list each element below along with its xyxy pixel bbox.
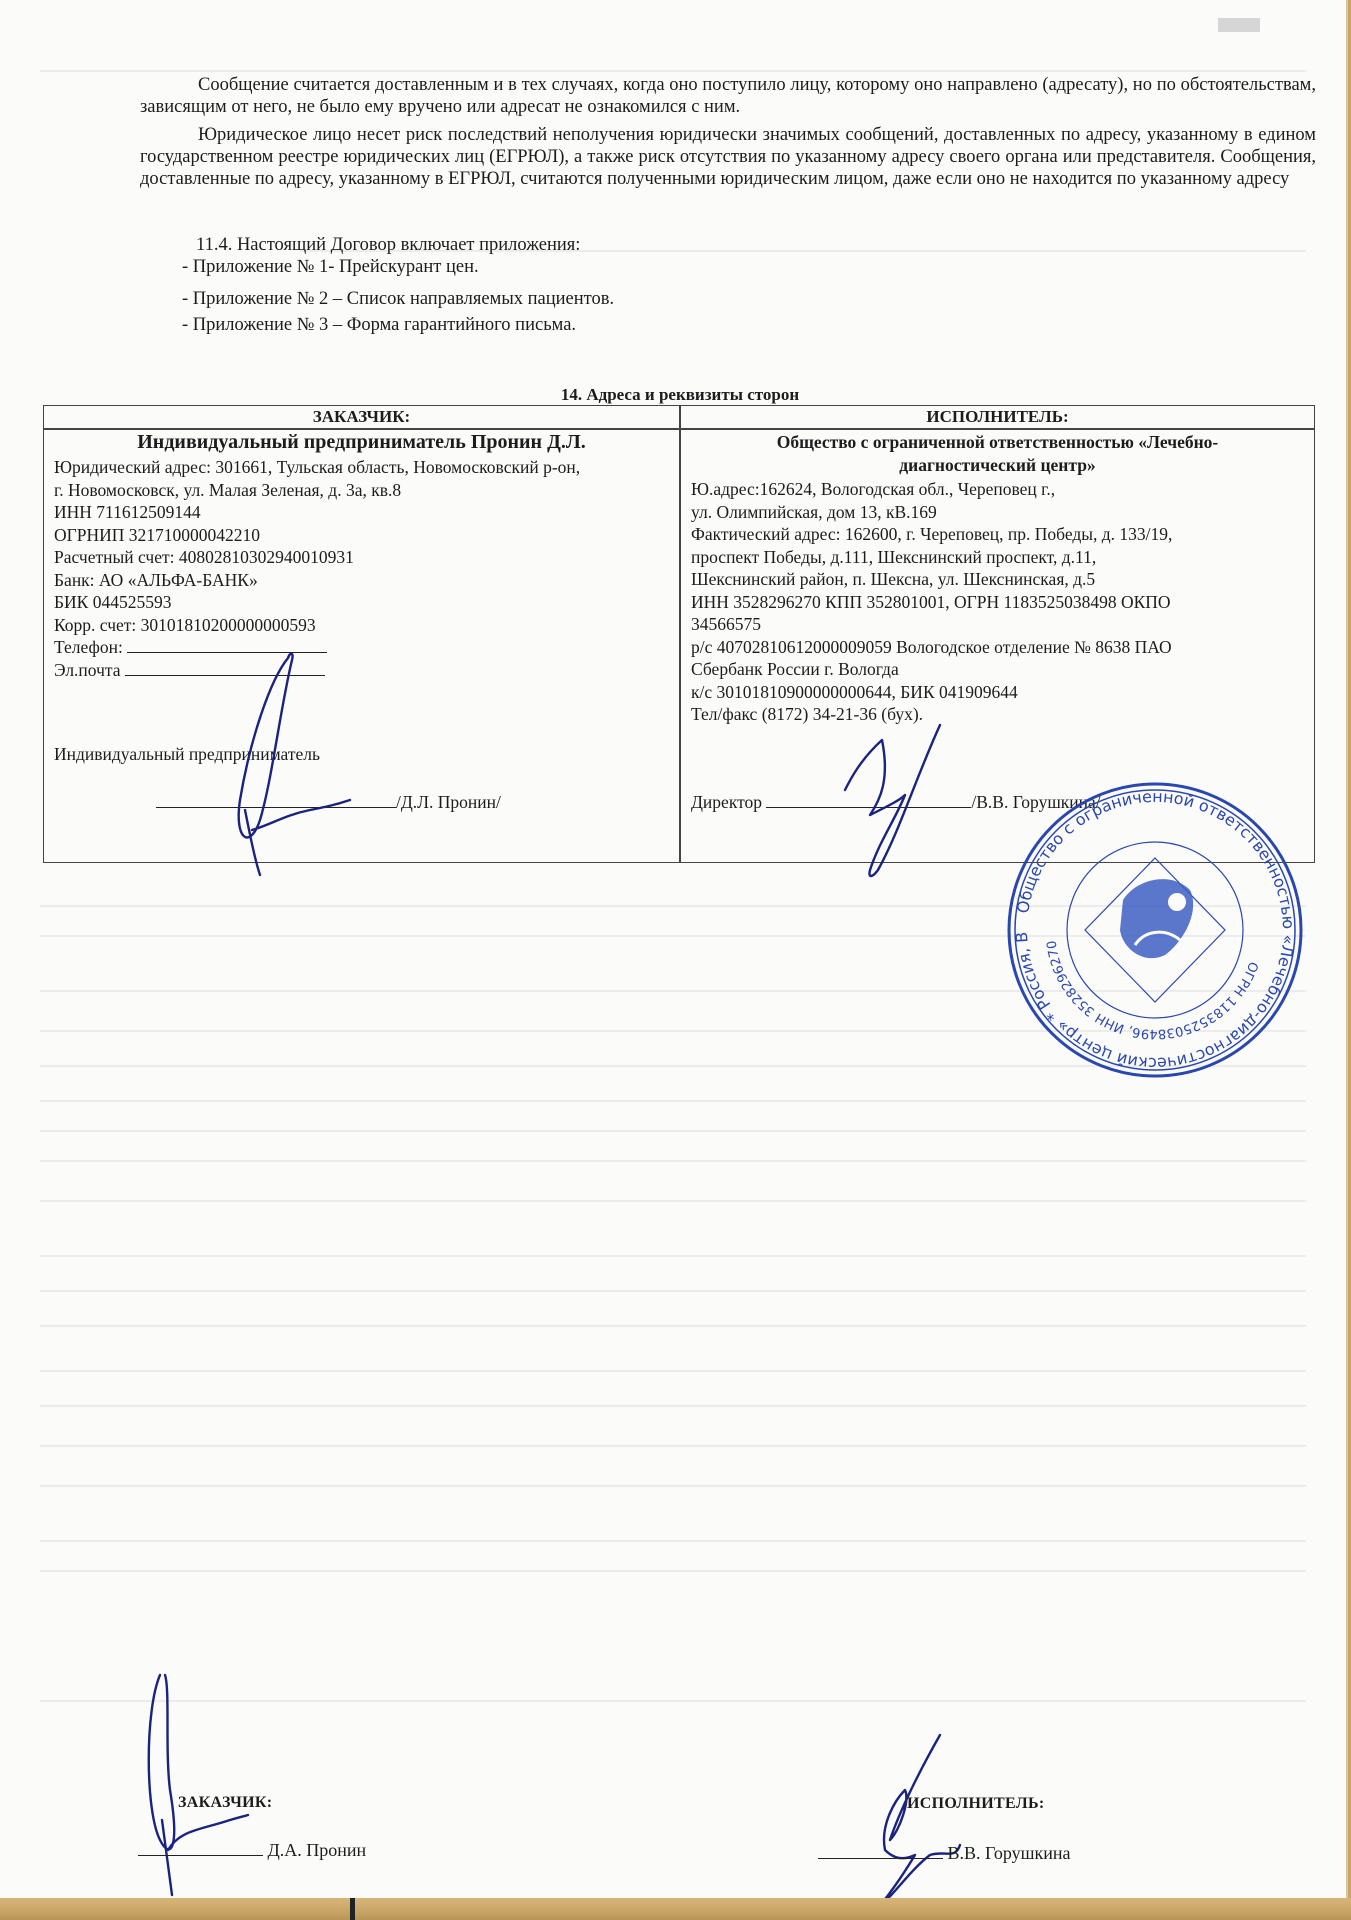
bottom-contractor-signature-row: В.В. Горушкина (818, 1843, 1070, 1864)
bottom-contractor-signature-line[interactable] (818, 1844, 943, 1859)
bottom-customer-signature-line[interactable] (138, 1841, 263, 1856)
customer-bank: Банк: АО «АЛЬФА-БАНК» (54, 569, 669, 592)
customer-inn: ИНН 711612509144 (54, 501, 669, 524)
show-through-line (40, 1540, 1306, 1542)
contractor-actual-address-3: Шекснинский район, п. Шексна, ул. Шексни… (691, 568, 1306, 591)
clause-11-4: 11.4. Настоящий Договор включает приложе… (196, 234, 580, 256)
desk-surface (0, 1898, 1351, 1920)
customer-signer-name: /Д.Л. Пронин/ (396, 792, 501, 812)
bottom-customer-label: ЗАКАЗЧИК: (178, 1794, 272, 1812)
paragraph-risk: Юридическое лицо несет риск последствий … (140, 124, 1316, 190)
customer-details: Юридический адрес: 301661, Тульская обла… (54, 456, 669, 681)
contractor-actual-address-1: Фактический адрес: 162600, г. Череповец,… (691, 523, 1306, 546)
show-through-line (40, 1370, 1306, 1372)
show-through-line (40, 1255, 1306, 1257)
contractor-legal-address-2: ул. Олимпийская, дом 13, кВ.169 (691, 501, 1306, 524)
show-through-line (40, 1200, 1306, 1202)
contractor-name-line-1: Общество с ограниченной ответственностью… (681, 431, 1314, 454)
show-through-line (40, 70, 1306, 72)
email-label: Эл.почта (54, 660, 121, 680)
paragraph-delivery: Сообщение считается доставленным и в тех… (140, 74, 1316, 118)
show-through-line (40, 1445, 1306, 1447)
contractor-inn-kpp-ogrn: ИНН 3528296270 КПП 352801001, ОГРН 11835… (691, 591, 1306, 614)
contractor-signer-title: Директор (691, 792, 762, 812)
customer-bik: БИК 044525593 (54, 591, 669, 614)
customer-corr-account: Корр. счет: 30101810200000000593 (54, 614, 669, 637)
customer-phone-row: Телефон: (54, 636, 669, 659)
show-through-line (40, 1100, 1306, 1102)
appendix-1: - Приложение № 1- Прейскурант цен. (182, 256, 479, 278)
contractor-name: Общество с ограниченной ответственностью… (681, 431, 1314, 476)
bottom-customer-signature-row: Д.А. Пронин (138, 1840, 366, 1861)
company-seal-icon: Общество с ограниченной ответственностью… (1005, 780, 1305, 1080)
phone-label: Телефон: (54, 637, 123, 657)
contractor-phone-fax: Тел/факс (8172) 34-21-36 (бух). (691, 703, 1306, 726)
contractor-okpo: 34566575 (691, 613, 1306, 636)
customer-bottom-signature-icon (140, 1670, 250, 1900)
show-through-line (40, 1290, 1306, 1292)
header-divider (44, 428, 1314, 430)
contractor-bank: Сбербанк России г. Вологда (691, 658, 1306, 681)
bottom-contractor-label: ИСПОЛНИТЕЛЬ: (907, 1795, 1044, 1813)
contractor-bottom-signature-icon (860, 1730, 990, 1910)
section-title: 14. Адреса и реквизиты сторон (40, 385, 1320, 405)
customer-name: Индивидуальный предприниматель Пронин Д.… (44, 431, 679, 454)
appendix-2: - Приложение № 2 – Список направляемых п… (182, 288, 614, 310)
show-through-line (40, 1130, 1306, 1132)
desk-mark (350, 1898, 355, 1920)
document-page: Сообщение считается доставленным и в тех… (0, 0, 1348, 1898)
customer-signature-icon (200, 650, 360, 880)
show-through-line (40, 1160, 1306, 1162)
show-through-line (40, 1325, 1306, 1327)
customer-ogrnip: ОГРНИП 321710000042210 (54, 524, 669, 547)
contractor-corr-account-bik: к/с 30101810900000000644, БИК 041909644 (691, 681, 1306, 704)
contractor-name-line-2: диагностический центр» (681, 454, 1314, 477)
customer-header: ЗАКАЗЧИК: (44, 407, 679, 427)
customer-email-row: Эл.почта (54, 659, 669, 682)
bottom-customer-name: Д.А. Пронин (268, 1840, 367, 1860)
contractor-details: Ю.адрес:162624, Вологодская обл., Черепо… (691, 478, 1306, 726)
contractor-account: р/с 40702810612000009059 Вологодское отд… (691, 636, 1306, 659)
customer-legal-address-2: г. Новомосковск, ул. Малая Зеленая, д. 3… (54, 479, 669, 502)
customer-account: Расчетный счет: 40802810302940010931 (54, 546, 669, 569)
contractor-header: ИСПОЛНИТЕЛЬ: (681, 407, 1314, 427)
contractor-legal-address-1: Ю.адрес:162624, Вологодская обл., Черепо… (691, 478, 1306, 501)
contractor-actual-address-2: проспект Победы, д.111, Шекснинский прос… (691, 546, 1306, 569)
customer-legal-address-1: Юридический адрес: 301661, Тульская обла… (54, 456, 669, 479)
scan-mark (1218, 18, 1260, 32)
show-through-line (40, 1485, 1306, 1487)
bottom-contractor-name: В.В. Горушкина (948, 1843, 1071, 1863)
contractor-signature-icon (820, 720, 970, 880)
show-through-line (40, 1570, 1306, 1572)
appendix-3: - Приложение № 3 – Форма гарантийного пи… (182, 314, 576, 336)
show-through-line (40, 1405, 1306, 1407)
